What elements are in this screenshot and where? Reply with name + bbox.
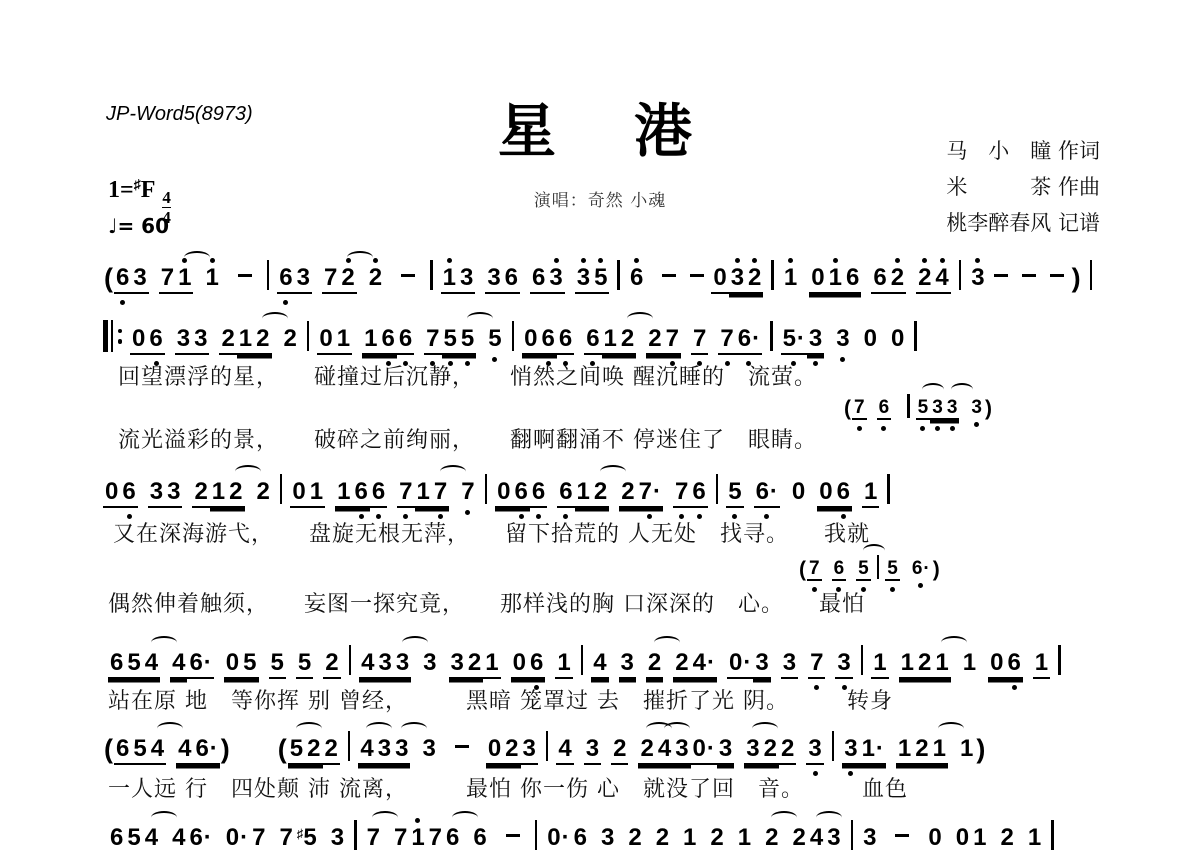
sharp-icon: ♯ bbox=[134, 178, 141, 193]
notation-insert-2: (76556·) bbox=[798, 555, 941, 582]
notation-paren-line: (65446·)(52243330234322430·3322331·1211) bbox=[103, 731, 986, 765]
lyric-line-4: 偶然伸着触须， 妄图一探究竟， 那样浅的胸 口深深的 心。 最怕 bbox=[108, 587, 865, 618]
lyric-line-5: 站在原 地 等你挥 别 曾经， 黑暗 笼罩过 去 摧折了光 阴。 转身 bbox=[108, 684, 893, 715]
sheet-music-page: JP-Word5(8973) 星 港 演唱：奇然 小魂 马 小 瞳 作词 米 茶… bbox=[0, 0, 1200, 850]
transcriber-credit: 桃李醉春风 记谱 bbox=[946, 205, 1100, 241]
notation-insert-1: (765333) bbox=[843, 394, 993, 421]
key-letter: F bbox=[141, 177, 156, 203]
credits-block: 马 小 瞳 作词 米 茶 作曲 桃李醉春风 记谱 bbox=[946, 133, 1100, 241]
lyric-line-2: 流光溢彩的景， 破碎之前绚丽， 翻啊翻涌不 停迷住了 眼睛。 bbox=[118, 423, 817, 454]
lyricist-credit: 马 小 瞳 作词 bbox=[946, 133, 1100, 169]
lyric-line-6: 一人远 行 四处颠 沛 流离， 最怕 你一伤 心 就没了回 音。 血色 bbox=[108, 772, 908, 803]
notation-line-3: 65446·05552433332106143224·0·33731121106… bbox=[108, 645, 1069, 679]
notation-line-intro: (6371163722133663356032101662243) bbox=[103, 260, 1100, 294]
notation-line-1: 0633212201166755506661227776·5·3300 bbox=[103, 320, 925, 355]
tempo-value: = 60 bbox=[117, 214, 169, 238]
notation-line-2: 0633212201166717706661227·7656·0061 bbox=[103, 474, 898, 508]
tempo-marking: ♩= 60 bbox=[108, 214, 169, 238]
key-prefix: 1= bbox=[108, 177, 134, 203]
notation-line-4: 65446·0·77♯537717660·63221212243300121 bbox=[108, 820, 1062, 850]
lyric-line-3: 又在深海游弋， 盘旋无根无萍， 留下拾荒的 人无处 找寻。 我就 bbox=[113, 517, 870, 548]
composer-credit: 米 茶 作曲 bbox=[946, 169, 1100, 205]
meter-numerator: 4 bbox=[162, 189, 171, 207]
lyric-line-1: 回望漂浮的星， 碰撞过后沉静， 悄然之间唤 醒沉睡的 流萤。 bbox=[118, 360, 817, 391]
